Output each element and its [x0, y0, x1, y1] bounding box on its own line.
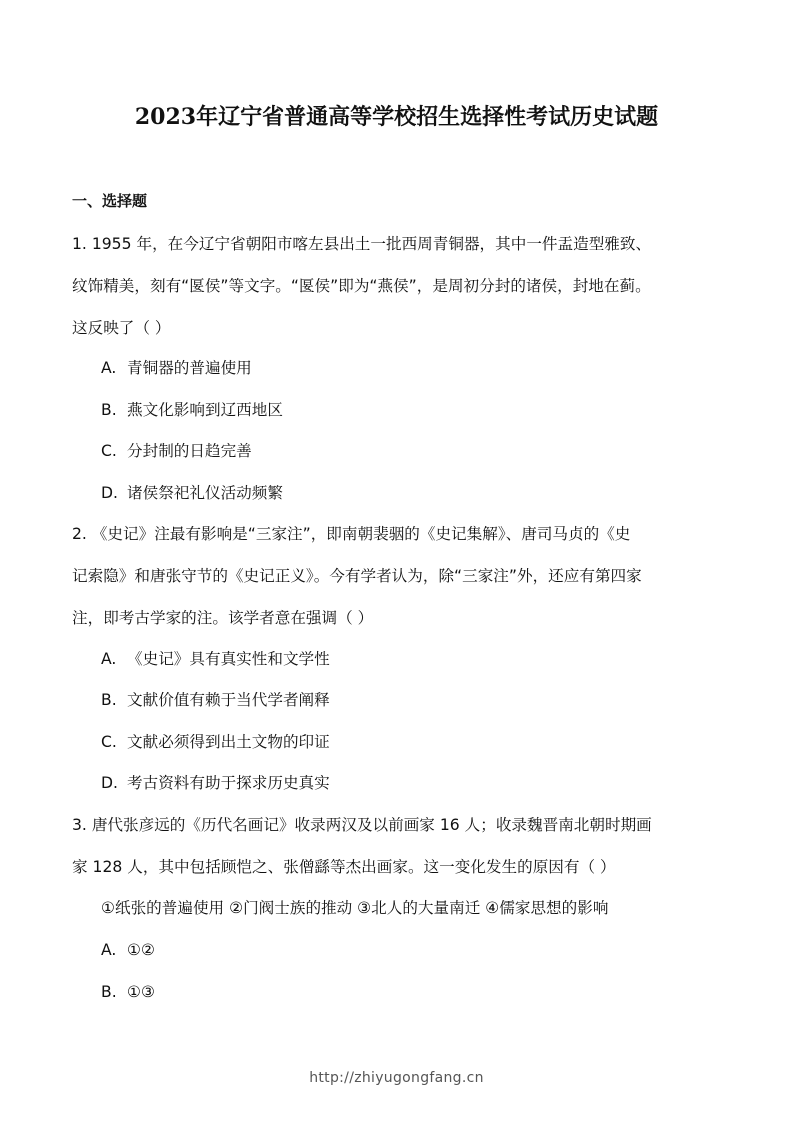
- question-3-line-1: 3. 唐代张彦远的《历代名画记》收录两汉及以前画家 16 人；收录魏晋南北朝时期…: [72, 815, 722, 835]
- question-2-option-d: D.考古资料有助于探求历史真实: [101, 773, 330, 793]
- question-1-option-c: C.分封制的日趋完善: [101, 441, 252, 461]
- question-3-line-2: 家 128 人，其中包括顾恺之、张僧繇等杰出画家。这一变化发生的原因有（ ）: [72, 857, 722, 877]
- question-1-line-1: 1. 1955 年，在今辽宁省朝阳市喀左县出土一批西周青铜器，其中一件盂造型雅致…: [72, 234, 722, 254]
- footer-url: http://zhiyugongfang.cn: [0, 1070, 793, 1086]
- question-1-option-a: A.青铜器的普遍使用: [101, 358, 252, 378]
- question-3-option-b: B.①③: [101, 982, 155, 1002]
- question-2-line-3: 注，即考古学家的注。该学者意在强调（ ）: [72, 608, 722, 628]
- question-2-line-1: 2. 《史记》注最有影响是“三家注”，即南朝裴骃的《史记集解》、唐司马贞的《史: [72, 524, 722, 544]
- question-2-option-c: C.文献必须得到出土文物的印证: [101, 732, 330, 752]
- question-3-statements: ①纸张的普遍使用 ②门阀士族的推动 ③北人的大量南迁 ④儒家思想的影响: [101, 898, 608, 918]
- question-2-option-b: B.文献价值有赖于当代学者阐释: [101, 690, 330, 710]
- question-1-option-b: B.燕文化影响到辽西地区: [101, 400, 283, 420]
- question-1-line-2: 纹饰精美，刻有“匽侯”等文字。“匽侯”即为“燕侯”，是周初分封的诸侯，封地在蓟。: [72, 276, 722, 296]
- question-1-option-d: D.诸侯祭祀礼仪活动频繁: [101, 483, 283, 503]
- document-title: 2023年辽宁省普通高等学校招生选择性考试历史试题: [0, 100, 793, 131]
- question-2-line-2: 记索隐》和唐张守节的《史记正义》。今有学者认为，除“三家注”外，还应有第四家: [72, 566, 722, 586]
- question-2-option-a: A.《史记》具有真实性和文学性: [101, 649, 330, 669]
- question-3-option-a: A.①②: [101, 940, 155, 960]
- question-1-line-3: 这反映了（ ）: [72, 318, 722, 338]
- section-heading: 一、选择题: [72, 190, 147, 211]
